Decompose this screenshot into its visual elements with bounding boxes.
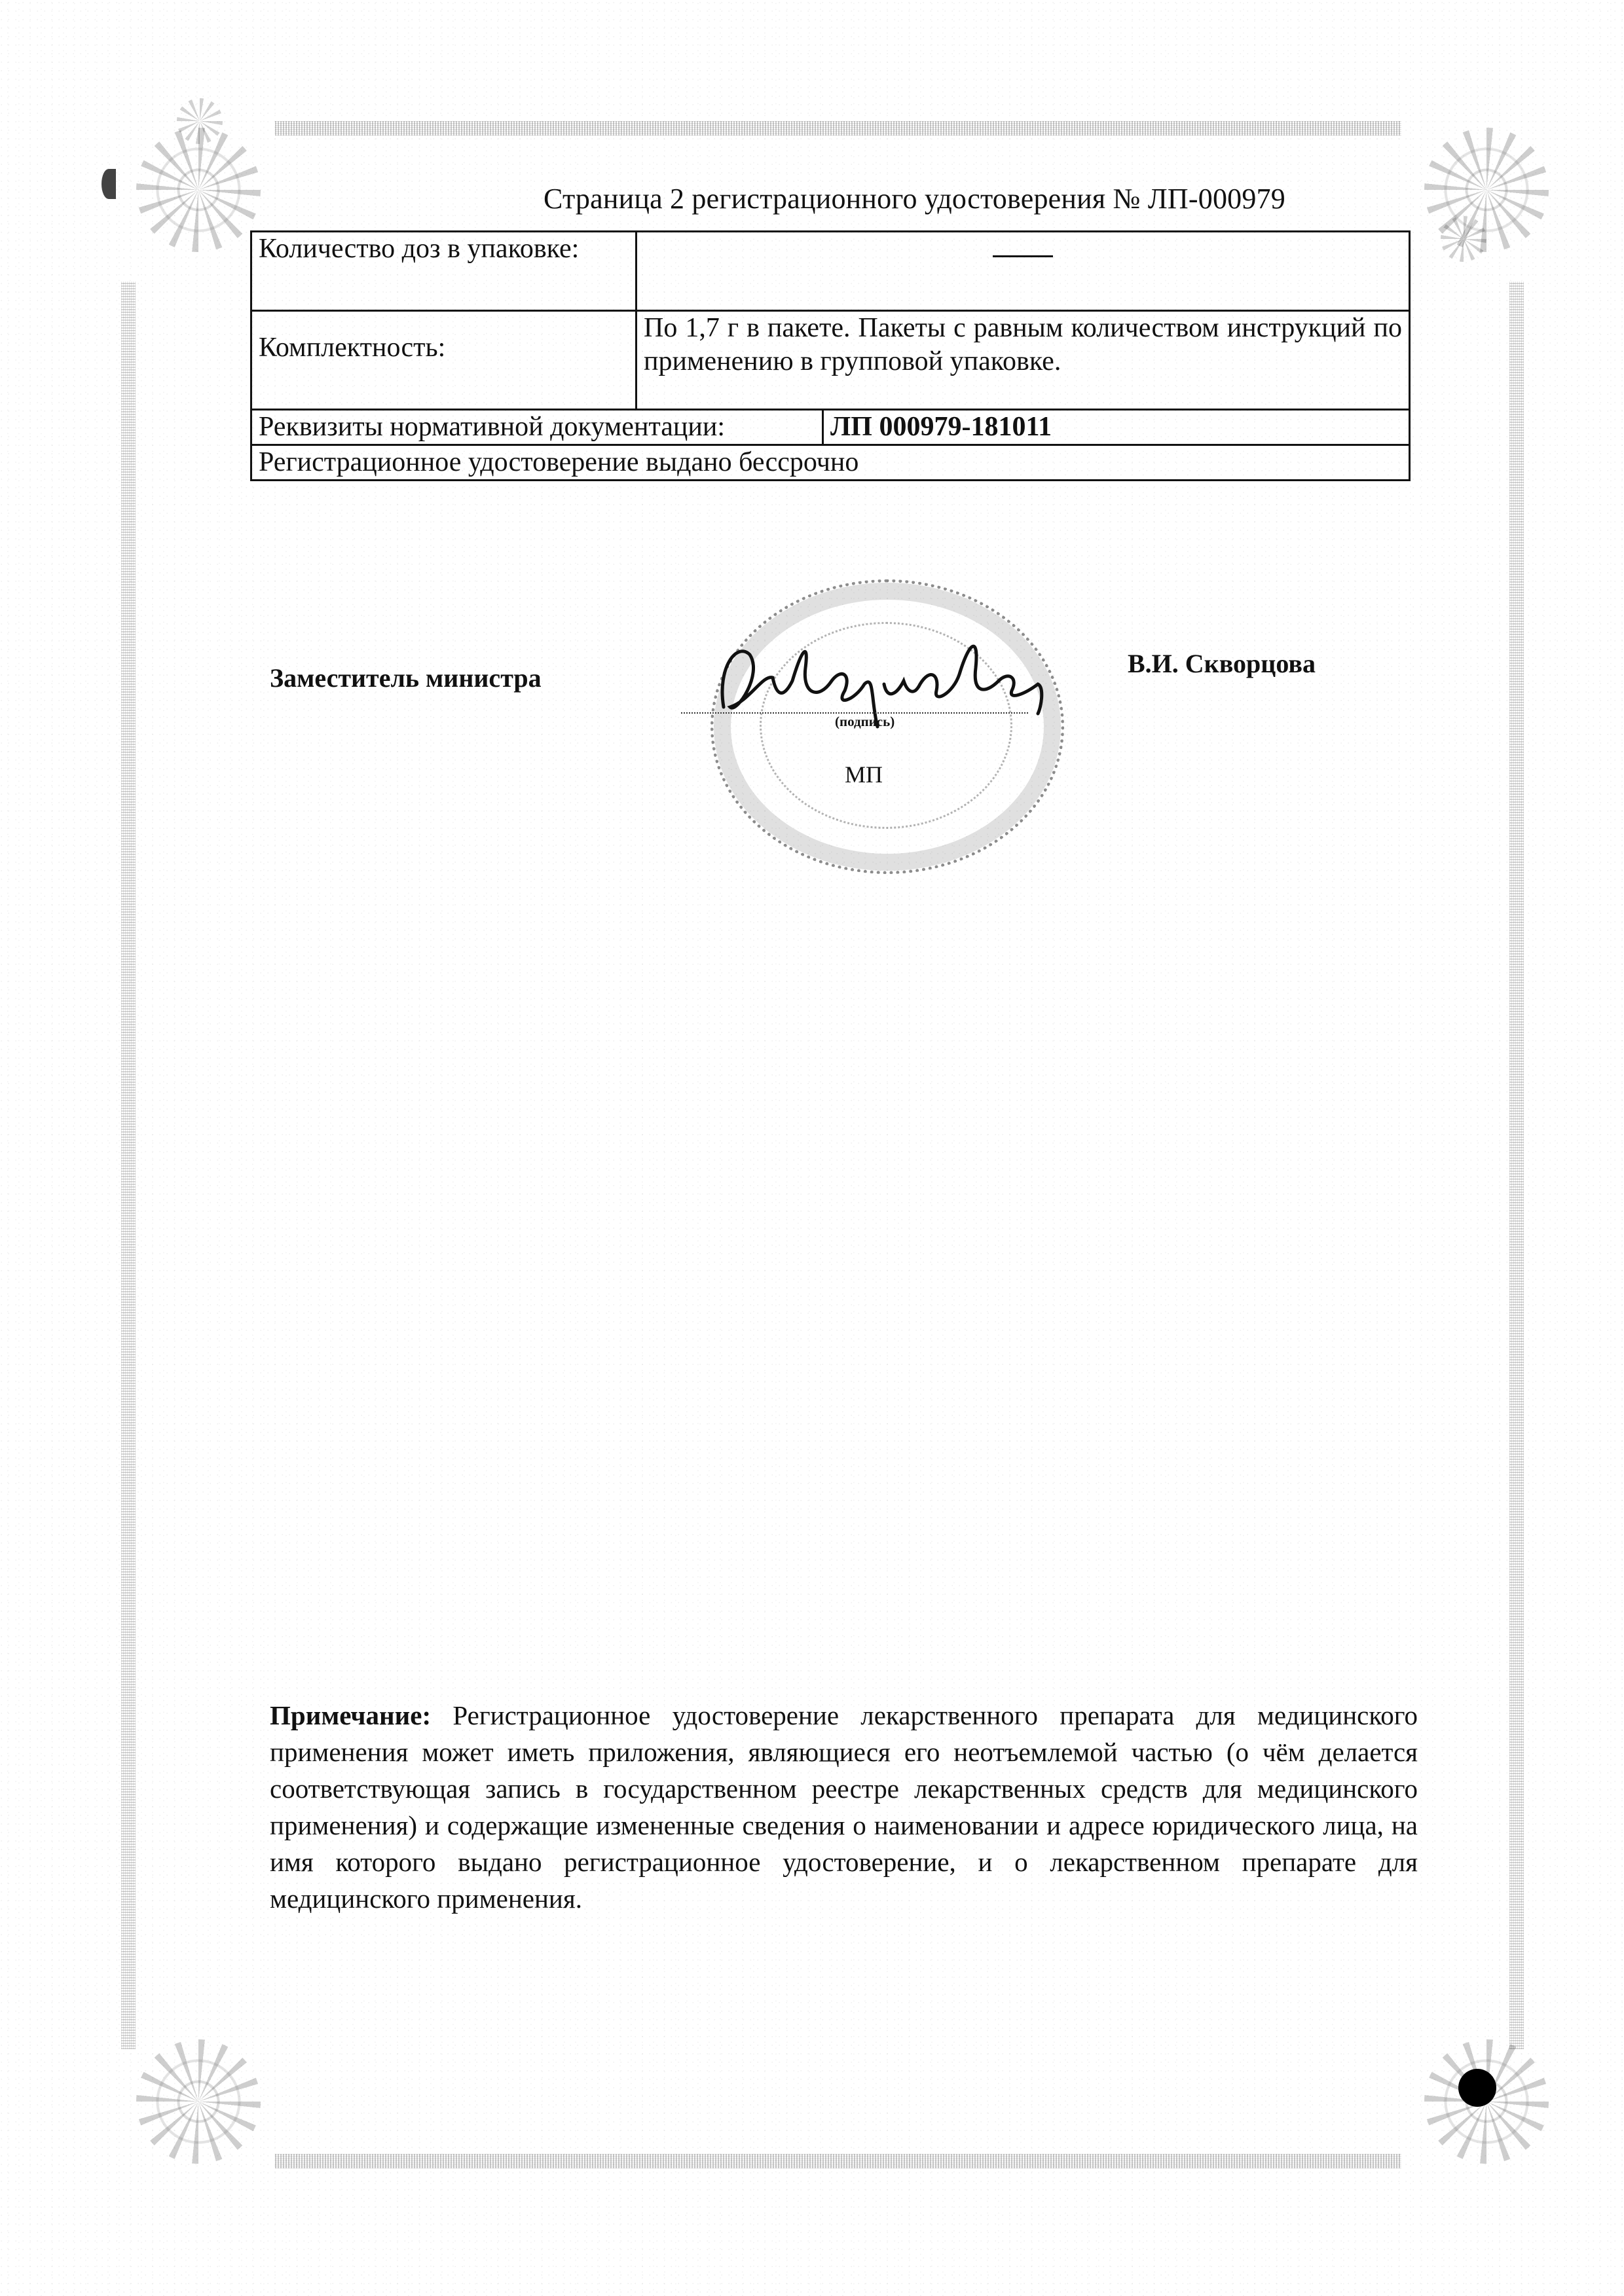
frame-left-border [121, 282, 136, 2049]
table-row: Комплектность: По 1,7 г в пакете. Пакеты… [251, 311, 1410, 410]
note-text: Регистрационное удостоверение лекарствен… [270, 1700, 1418, 1914]
normative-doc-value: ЛП 000979-181011 [823, 410, 1410, 445]
row-label: Количество доз в упаковке: [251, 232, 637, 311]
table-row: Количество доз в упаковке: [251, 232, 1410, 311]
ornament-icon [177, 98, 223, 144]
corner-rosette-icon [136, 2039, 261, 2164]
page-title: Страница 2 регистрационного удостоверени… [544, 182, 1285, 215]
signature-caption: (подпись) [835, 714, 895, 730]
note-label: Примечание: [270, 1700, 431, 1730]
row-label: Комплектность: [251, 311, 637, 410]
signer-name: В.И. Скворцова [1128, 648, 1316, 679]
note-paragraph: Примечание: Регистрационное удостоверени… [270, 1697, 1418, 1917]
registration-table: Количество доз в упаковке: Комплектность… [250, 230, 1411, 481]
table-row: Реквизиты нормативной документации: ЛП 0… [251, 410, 1410, 445]
table-row: Регистрационное удостоверение выдано бес… [251, 445, 1410, 481]
row-label: Реквизиты нормативной документации: [251, 410, 823, 445]
frame-bottom-border [275, 2154, 1401, 2168]
edge-ornament-icon [101, 169, 116, 199]
completeness-value: По 1,7 г в пакете. Пакеты с равным колич… [637, 311, 1410, 410]
validity-statement: Регистрационное удостоверение выдано бес… [251, 445, 1410, 481]
empty-dash [993, 255, 1053, 257]
ornament-icon [1441, 216, 1486, 262]
frame-right-border [1509, 282, 1524, 2049]
dose-count-value [637, 232, 1410, 311]
corner-rosette-icon [136, 128, 261, 252]
signer-position: Заместитель министра [270, 663, 542, 693]
marker-dot-icon [1458, 2069, 1496, 2107]
frame-top-border [275, 121, 1401, 136]
stamp-label: МП [845, 761, 883, 788]
